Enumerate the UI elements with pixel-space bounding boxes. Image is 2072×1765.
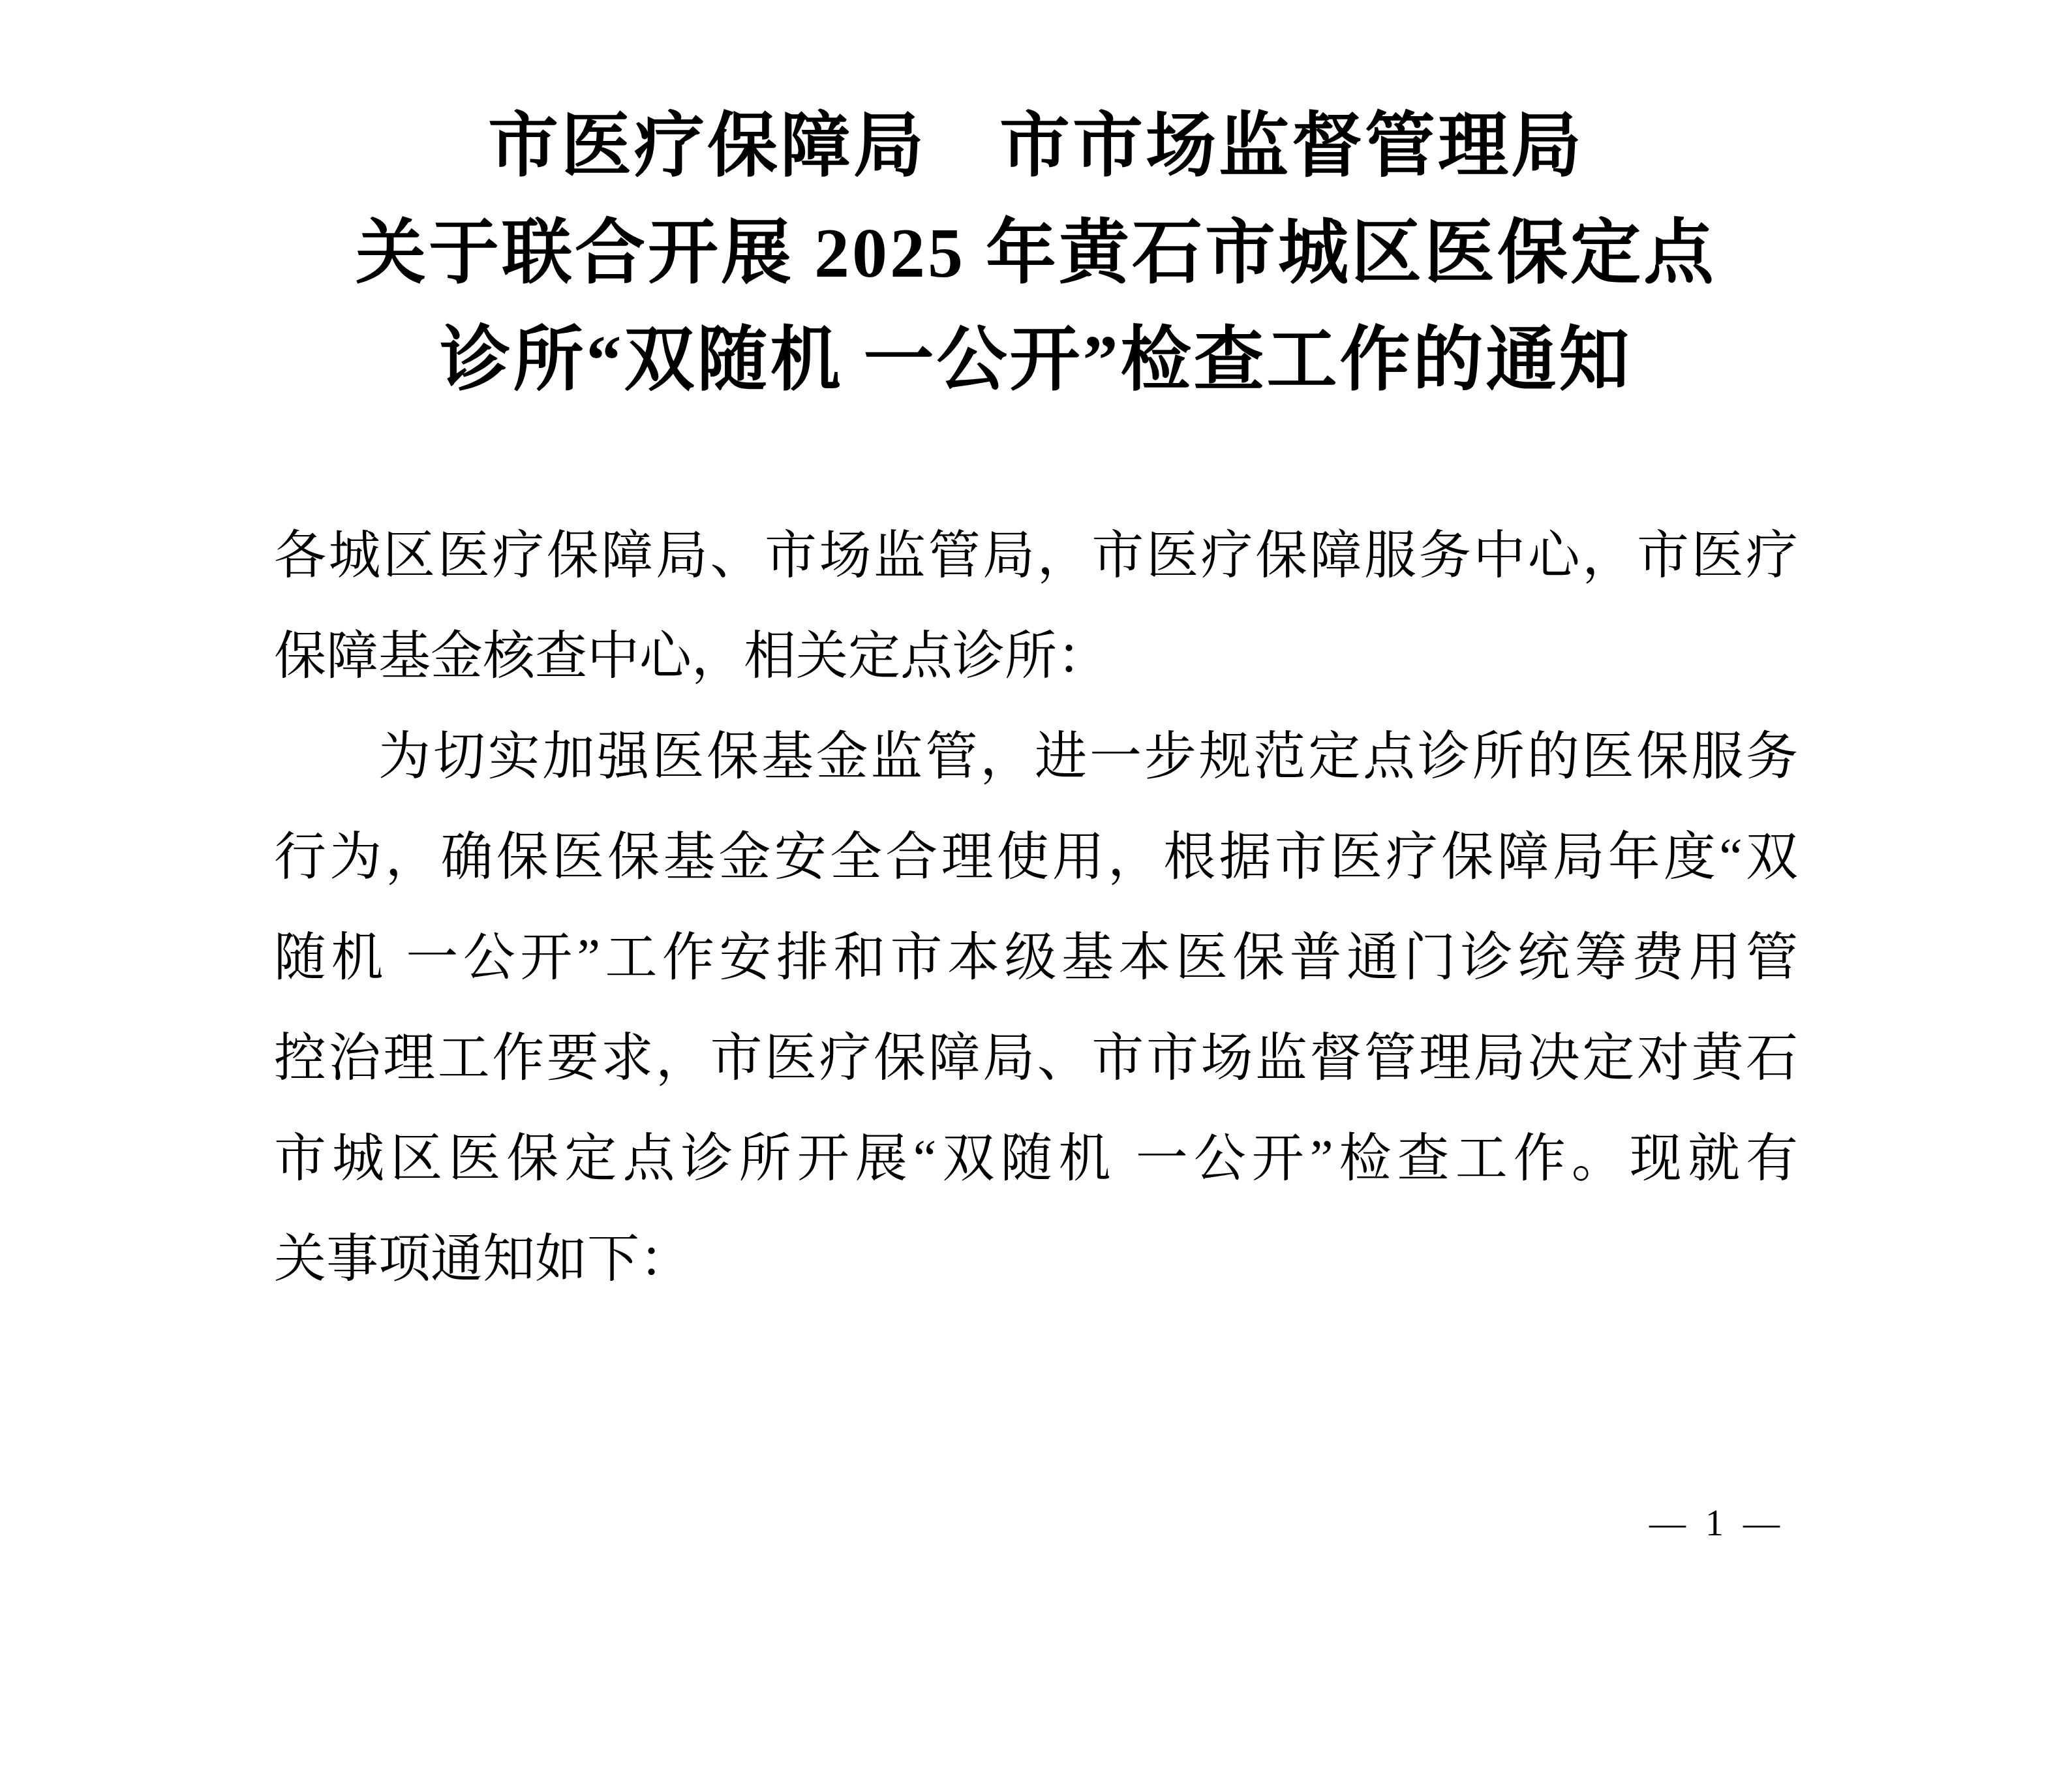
document-title: 市医疗保障局 市市场监督管理局 关于联合开展 2025 年黄石市城区医保定点 诊… [0,93,2072,414]
page-number: — 1 — [1649,1497,1785,1550]
title-line-1: 市医疗保障局 市市场监督管理局 [0,93,2072,200]
body-line-7: 市城区医保定点诊所开展“双随机 一公开”检查工作。现就有 [274,1109,1798,1209]
document-body: 各城区医疗保障局、市场监管局，市医疗保障服务中心，市医疗 保障基金核查中心，相关… [274,506,1798,1310]
body-line-4: 行为，确保医保基金安全合理使用，根据市医疗保障局年度“双 [274,807,1798,908]
title-line-2: 关于联合开展 2025 年黄石市城区医保定点 [0,200,2072,307]
body-line-8: 关事项通知如下： [274,1209,1798,1310]
title-line-3: 诊所“双随机 一公开”检查工作的通知 [0,307,2072,414]
body-line-3: 为切实加强医保基金监管，进一步规范定点诊所的医保服务 [274,707,1798,807]
body-line-6: 控治理工作要求，市医疗保障局、市市场监督管理局决定对黄石 [274,1008,1798,1109]
body-line-5: 随机 一公开”工作安排和市本级基本医保普通门诊统筹费用管 [274,908,1798,1008]
document-page: 市医疗保障局 市市场监督管理局 关于联合开展 2025 年黄石市城区医保定点 诊… [0,0,2072,1765]
body-line-2: 保障基金核查中心，相关定点诊所： [274,606,1798,707]
body-line-1: 各城区医疗保障局、市场监管局，市医疗保障服务中心，市医疗 [274,506,1798,606]
